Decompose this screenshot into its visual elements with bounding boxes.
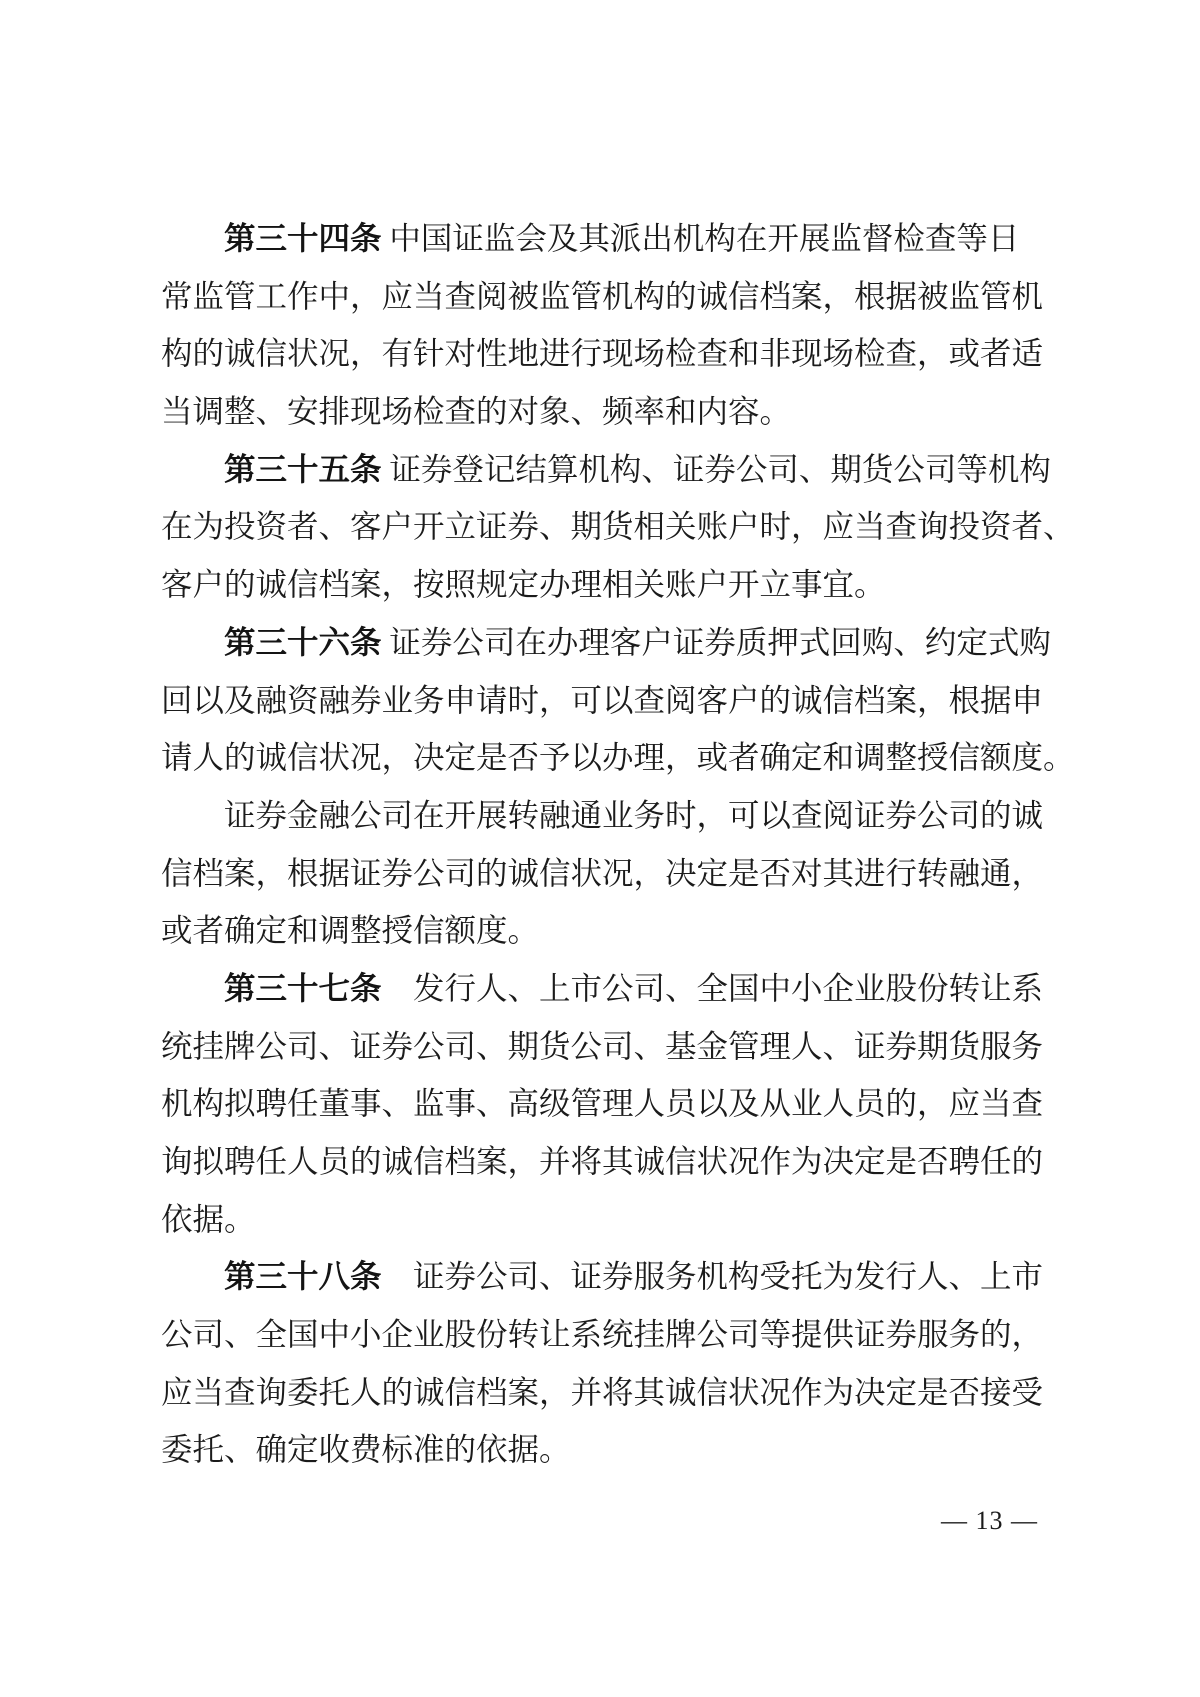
text-line: 第三十八条 证券公司、证券服务机构受托为发行人、上市 <box>161 1248 1101 1306</box>
text-line: 在为投资者、客户开立证券、期货相关账户时，应当查询投资者、 <box>161 498 1101 556</box>
text-line: 第三十六条 证券公司在办理客户证券质押式回购、约定式购 <box>161 614 1101 672</box>
text-line: 应当查询委托人的诚信档案，并将其诚信状况作为决定是否接受 <box>161 1364 1101 1422</box>
text-line: 统挂牌公司、证券公司、期货公司、基金管理人、证券期货服务 <box>161 1018 1101 1076</box>
paragraph: 第三十七条 发行人、上市公司、全国中小企业股份转让系统挂牌公司、证券公司、期货公… <box>161 960 1101 1248</box>
text-line: 信档案，根据证券公司的诚信状况，决定是否对其进行转融通， <box>161 845 1101 903</box>
paragraph: 第三十六条 证券公司在办理客户证券质押式回购、约定式购回以及融资融券业务申请时，… <box>161 614 1101 787</box>
text-line: 请人的诚信状况，决定是否予以办理，或者确定和调整授信额度。 <box>161 729 1101 787</box>
paragraph: 证券金融公司在开展转融通业务时，可以查阅证券公司的诚信档案，根据证券公司的诚信状… <box>161 787 1101 960</box>
text-line: 第三十四条 中国证监会及其派出机构在开展监督检查等日 <box>161 210 1101 268</box>
text-line: 第三十五条 证券登记结算机构、证券公司、期货公司等机构 <box>161 441 1101 499</box>
document-page: 第三十四条 中国证监会及其派出机构在开展监督检查等日常监管工作中，应当查阅被监管… <box>0 0 1200 1697</box>
paragraph-text: 证券公司、证券服务机构受托为发行人、上市 <box>413 1259 1043 1294</box>
paragraph-text: 发行人、上市公司、全国中小企业股份转让系 <box>413 971 1043 1006</box>
text-line: 当调整、安排现场检查的对象、频率和内容。 <box>161 383 1101 441</box>
paragraph: 第三十四条 中国证监会及其派出机构在开展监督检查等日常监管工作中，应当查阅被监管… <box>161 210 1101 441</box>
text-line: 依据。 <box>161 1191 1101 1249</box>
article-number: 第三十五条 <box>224 451 382 487</box>
paragraph-text: 中国证监会及其派出机构在开展监督检查等日 <box>389 221 1019 256</box>
text-line: 或者确定和调整授信额度。 <box>161 902 1101 960</box>
article-number: 第三十八条 <box>224 1258 382 1294</box>
article-number: 第三十七条 <box>224 970 382 1006</box>
paragraph-text: 证券公司在办理客户证券质押式回购、约定式购 <box>389 625 1051 660</box>
text-line: 第三十七条 发行人、上市公司、全国中小企业股份转让系 <box>161 960 1101 1018</box>
article-number-separator <box>382 1259 414 1294</box>
paragraph: 第三十五条 证券登记结算机构、证券公司、期货公司等机构在为投资者、客户开立证券、… <box>161 441 1101 614</box>
text-line: 常监管工作中，应当查阅被监管机构的诚信档案，根据被监管机 <box>161 268 1101 326</box>
paragraph: 第三十八条 证券公司、证券服务机构受托为发行人、上市公司、全国中小企业股份转让系… <box>161 1248 1101 1479</box>
text-line: 客户的诚信档案，按照规定办理相关账户开立事宜。 <box>161 556 1101 614</box>
document-body: 第三十四条 中国证监会及其派出机构在开展监督检查等日常监管工作中，应当查阅被监管… <box>161 210 1101 1479</box>
text-line: 证券金融公司在开展转融通业务时，可以查阅证券公司的诚 <box>161 787 1101 845</box>
text-line: 回以及融资融券业务申请时，可以查阅客户的诚信档案，根据申 <box>161 672 1101 730</box>
text-line: 询拟聘任人员的诚信档案，并将其诚信状况作为决定是否聘任的 <box>161 1133 1101 1191</box>
article-number: 第三十四条 <box>224 220 382 256</box>
text-line: 委托、确定收费标准的依据。 <box>161 1421 1101 1479</box>
text-line: 公司、全国中小企业股份转让系统挂牌公司等提供证券服务的， <box>161 1306 1101 1364</box>
article-number-separator <box>382 971 414 1006</box>
page-number: — 13 — <box>0 1506 1038 1536</box>
paragraph-text: 证券金融公司在开展转融通业务时，可以查阅证券公司的诚 <box>224 798 1043 833</box>
text-line: 构的诚信状况，有针对性地进行现场检查和非现场检查，或者适 <box>161 325 1101 383</box>
article-number: 第三十六条 <box>224 624 382 660</box>
paragraph-text: 证券登记结算机构、证券公司、期货公司等机构 <box>389 452 1051 487</box>
text-line: 机构拟聘任董事、监事、高级管理人员以及从业人员的，应当查 <box>161 1075 1101 1133</box>
